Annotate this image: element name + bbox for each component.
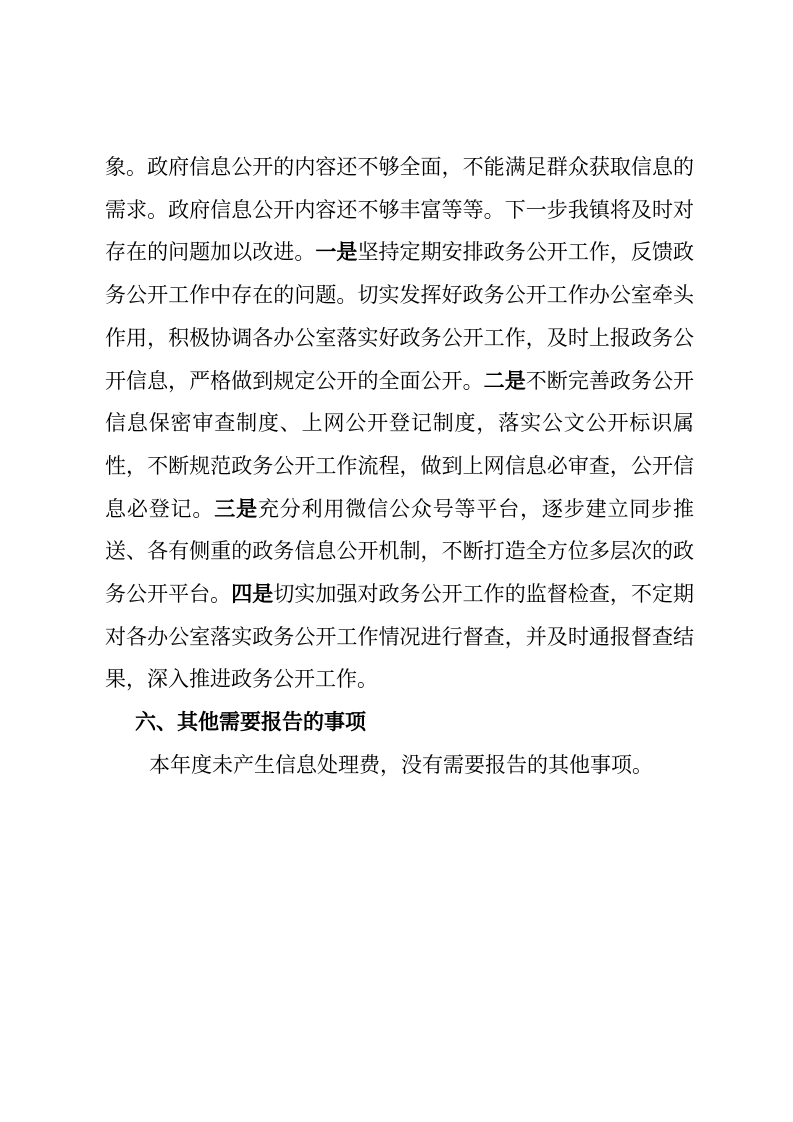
paragraph-other-matters: 本年度未产生信息处理费，没有需要报告的其他事项。 [105, 744, 694, 787]
emphasis-first-point: 一是 [315, 240, 357, 264]
document-text-block: 象。政府信息公开的内容还不够全面，不能满足群众获取信息的需求。政府信息公开内容还… [105, 146, 694, 787]
emphasis-fourth-point: 四是 [231, 582, 273, 606]
document-page: 象。政府信息公开的内容还不够全面，不能满足群众获取信息的需求。政府信息公开内容还… [0, 0, 793, 1122]
emphasis-third-point: 三是 [214, 497, 258, 521]
emphasis-second-point: 二是 [484, 369, 526, 393]
section-heading-other-matters: 六、其他需要报告的事项 [135, 701, 694, 744]
paragraph-continued-improvements: 象。政府信息公开的内容还不够全面，不能满足群众获取信息的需求。政府信息公开内容还… [105, 146, 694, 701]
